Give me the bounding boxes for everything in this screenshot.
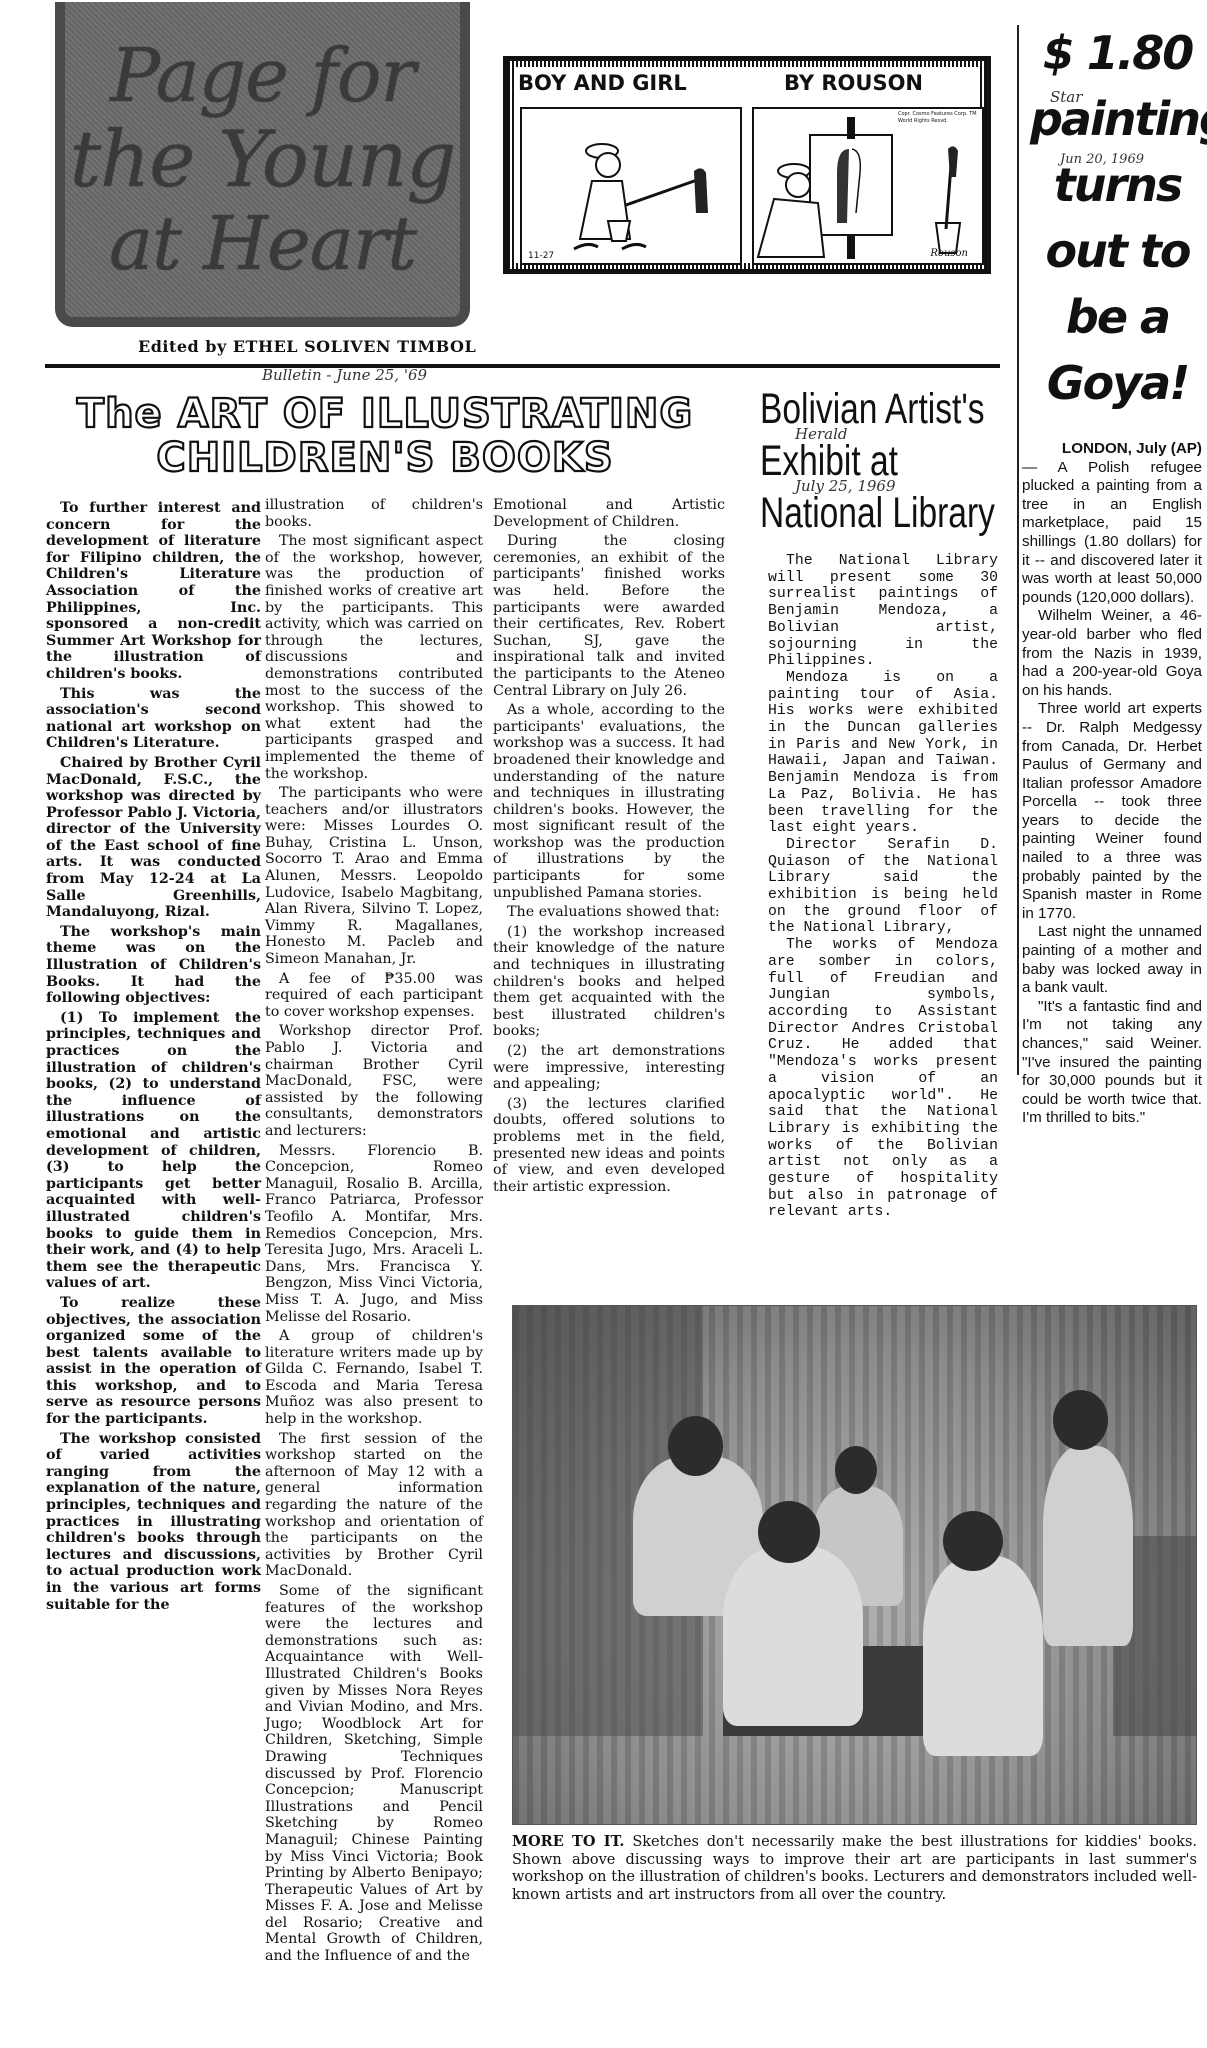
article-paragraph: Messrs. Florencio B. Concepcion, Romeo M… xyxy=(265,1143,483,1326)
header-rule xyxy=(45,364,1000,368)
workshop-photo xyxy=(512,1305,1197,1825)
photo-person-head xyxy=(668,1416,723,1476)
goya-headline-line: $ 1.80 xyxy=(1030,20,1205,86)
photo-person xyxy=(1043,1446,1133,1646)
editor-credit: Edited by ETHEL SOLIVEN TIMBOL xyxy=(138,337,476,356)
comic-date: 11-27 xyxy=(528,251,554,261)
photo-person xyxy=(723,1546,863,1726)
article-paragraph: The evaluations showed that: xyxy=(493,904,725,921)
goya-paragraph: "It's a fantastic find and I'm not takin… xyxy=(1022,998,1202,1128)
goya-paragraph: Wilhelm Weiner, a 46-year-old barber who… xyxy=(1022,607,1202,700)
comic-panel-2: Copr. Cosmo Features Corp. TM World Righ… xyxy=(752,107,984,265)
photo-person xyxy=(923,1556,1043,1756)
article-paragraph: The workshop's main theme was on the Ill… xyxy=(46,924,261,1007)
article-headline: The ART OF ILLUSTRATING CHILDREN'S BOOKS xyxy=(40,392,730,480)
masthead-line-2: the Young xyxy=(70,118,456,202)
article-column-2: illustration of children's books. The mo… xyxy=(265,497,483,1968)
column-divider xyxy=(1017,25,1019,1075)
comic-title: BOY AND GIRL xyxy=(518,71,687,95)
masthead-line-3: at Heart xyxy=(109,202,416,286)
comic-strip: BOY AND GIRL BY ROUSON 11-27 Copr. Cosmo… xyxy=(503,56,991,274)
article-paragraph: (3) the lectures clarified doubts, offer… xyxy=(493,1096,725,1196)
headline-line-1: The ART OF ILLUSTRATING xyxy=(40,392,730,436)
article-paragraph: As a whole, according to the participant… xyxy=(493,702,725,901)
article-paragraph: Some of the significant features of the … xyxy=(265,1583,483,1965)
article-paragraph: Chaired by Brother Cyril MacDonald, F.S.… xyxy=(46,755,261,921)
article-paragraph: The most significant aspect of the works… xyxy=(265,533,483,782)
photo-person-head xyxy=(1053,1390,1108,1450)
article-paragraph: This was the association's second nation… xyxy=(46,686,261,752)
masthead-logo: Page for the Young at Heart xyxy=(55,2,470,327)
bolivian-paragraph: Director Serafin D. Quiason of the Natio… xyxy=(768,837,998,937)
article-paragraph: During the closing ceremonies, an exhibi… xyxy=(493,533,725,699)
article-column-1: To further interest and concern for the … xyxy=(46,500,261,1616)
article-paragraph: Workshop director Prof. Pablo J. Victori… xyxy=(265,1023,483,1139)
article-paragraph: The first session of the workshop starte… xyxy=(265,1431,483,1580)
goya-paragraph: Last night the unnamed painting of a mot… xyxy=(1022,923,1202,997)
article-paragraph: Emotional and Artistic Development of Ch… xyxy=(493,497,725,530)
article-paragraph: (1) the workshop increased their knowled… xyxy=(493,924,725,1040)
headline-line-2: CHILDREN'S BOOKS xyxy=(40,436,730,480)
goya-paragraph: Three world art experts -- Dr. Ralph Med… xyxy=(1022,700,1202,923)
goya-paragraph: — A Polish refugee plucked a painting fr… xyxy=(1022,459,1202,608)
article-paragraph: (2) the art demonstrations were impressi… xyxy=(493,1043,725,1093)
handwritten-herald: Herald xyxy=(795,425,847,443)
bolivian-paragraph: Mendoza is on a painting tour of Asia. H… xyxy=(768,670,998,837)
goya-article-body: LONDON, July (AP) — A Polish refugee plu… xyxy=(1022,440,1202,1128)
goya-headline: $ 1.80 painting turns out to be a Goya! xyxy=(1030,20,1205,416)
comic-signature: Rouson xyxy=(930,248,968,259)
article-paragraph: A group of children's literature writers… xyxy=(265,1328,483,1428)
handwritten-bulletin: Bulletin - June 25, '69 xyxy=(262,366,427,384)
painter-at-easel-icon xyxy=(754,109,982,259)
article-paragraph: A fee of ₱35.00 was required of each par… xyxy=(265,971,483,1021)
masthead-line-1: Page for xyxy=(110,34,415,118)
comic-panel-1: 11-27 xyxy=(520,107,742,265)
handwritten-herald-date: July 25, 1969 xyxy=(795,477,896,495)
photo-person-head xyxy=(758,1501,820,1563)
article-column-3: Emotional and Artistic Development of Ch… xyxy=(493,497,725,1198)
photo-caption: MORE TO IT. Sketches don't necessarily m… xyxy=(512,1833,1197,1904)
handwritten-date: Jun 20, 1969 xyxy=(1060,152,1144,167)
comic-author: BY ROUSON xyxy=(784,71,923,95)
bolivian-paragraph: The National Library will present some 3… xyxy=(768,553,998,670)
bolivian-paragraph: The works of Mendoza are somber in color… xyxy=(768,937,998,1221)
painter-with-mop-icon xyxy=(522,109,740,259)
caption-lead: MORE TO IT. xyxy=(512,1833,624,1850)
handwritten-source: Star xyxy=(1050,88,1082,106)
article-paragraph: The workshop consisted of varied activit… xyxy=(46,1431,261,1614)
article-paragraph: To realize these objectives, the associa… xyxy=(46,1295,261,1428)
article-paragraph: (1) To implement the principles, techniq… xyxy=(46,1010,261,1292)
bolivian-headline: Bolivian Artist's Exhibit at National Li… xyxy=(760,383,1002,539)
bolivian-article-body: The National Library will present some 3… xyxy=(768,553,998,1221)
goya-headline-line: Goya! xyxy=(1030,350,1205,416)
photo-person-head xyxy=(943,1511,1003,1571)
photo-person-head xyxy=(835,1446,877,1494)
comic-copyright: Copr. Cosmo Features Corp. TM World Righ… xyxy=(898,111,978,125)
goya-headline-line: out to xyxy=(1030,218,1205,284)
article-paragraph: To further interest and concern for the … xyxy=(46,500,261,683)
article-paragraph: The participants who were teachers and/o… xyxy=(265,785,483,968)
goya-headline-line: be a xyxy=(1030,284,1205,350)
goya-dateline: LONDON, July (AP) xyxy=(1062,440,1202,457)
article-paragraph: illustration of children's books. xyxy=(265,497,483,530)
